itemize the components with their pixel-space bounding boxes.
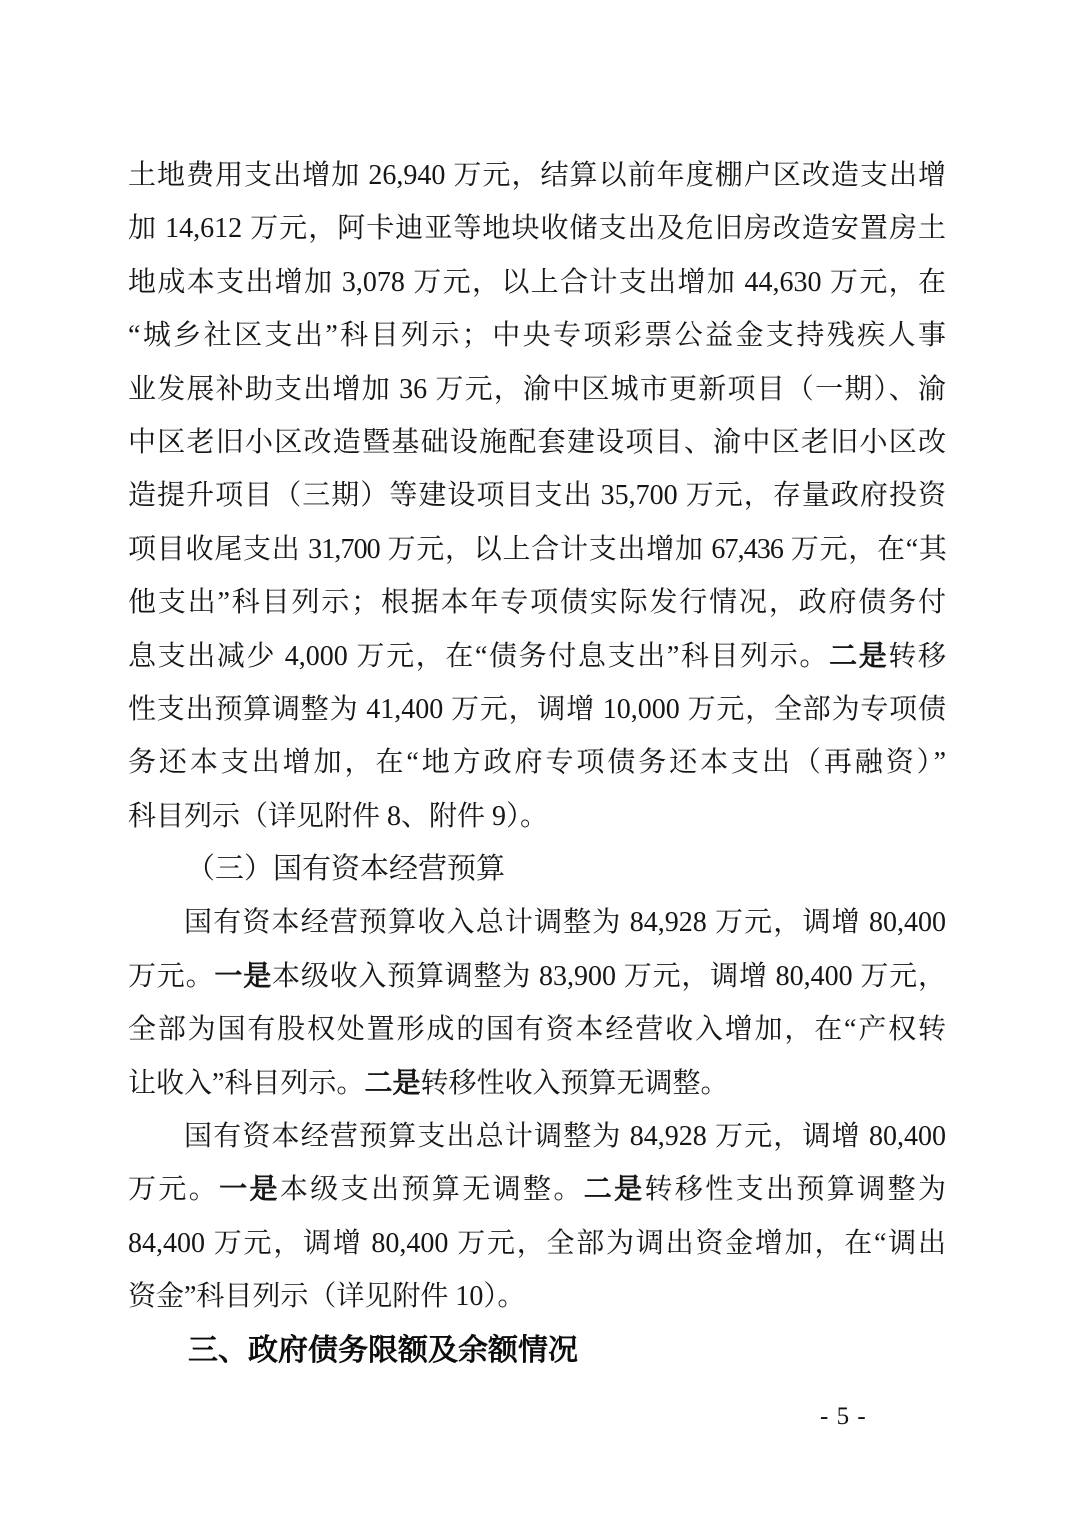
text-segment: 84,400 万元，调增 80,400 万元，全部为调出资金增加，在“调出 xyxy=(128,1228,946,1259)
text-segment: 转移 xyxy=(888,641,946,672)
emphasis-segment: 二是 xyxy=(364,1068,420,1099)
text-line: 国有资本经营预算支出总计调整为 84,928 万元，调增 80,400 xyxy=(128,1110,946,1163)
emphasis-segment: 二是 xyxy=(584,1174,645,1205)
text-segment: 业发展补助支出增加 36 万元，渝中区城市更新项目（一期）、渝 xyxy=(128,374,946,405)
emphasis-segment: 一是 xyxy=(214,961,272,992)
text-segment: 他支出”科目列示；根据本年专项债实际发行情况，政府债务付 xyxy=(128,587,946,618)
text-line: 他支出”科目列示；根据本年专项债实际发行情况，政府债务付 xyxy=(128,576,946,629)
text-segment: 三、政府债务限额及余额情况 xyxy=(188,1334,578,1367)
text-line: 性支出预算调整为 41,400 万元，调增 10,000 万元，全部为专项债 xyxy=(128,683,946,736)
text-line: 84,400 万元，调增 80,400 万元，全部为调出资金增加，在“调出 xyxy=(128,1217,946,1270)
text-segment: 转移性收入预算无调整。 xyxy=(420,1068,728,1099)
text-segment: 本级支出预算无调整。 xyxy=(280,1174,584,1205)
text-line: 科目列示（详见附件 8、附件 9）。 xyxy=(128,790,946,843)
text-line: 国有资本经营预算收入总计调整为 84,928 万元，调增 80,400 xyxy=(128,896,946,949)
text-line: 中区老旧小区改造暨基础设施配套建设项目、渝中区老旧小区改 xyxy=(128,416,946,469)
text-line: 土地费用支出增加 26,940 万元，结算以前年度棚户区改造支出增 xyxy=(128,149,946,202)
text-line: 地成本支出增加 3,078 万元，以上合计支出增加 44,630 万元，在 xyxy=(128,256,946,309)
text-segment: 本级收入预算调整为 83,900 万元，调增 80,400 万元， xyxy=(272,961,946,992)
text-line: 加 14,612 万元，阿卡迪亚等地块收储支出及危旧房改造安置房土 xyxy=(128,202,946,255)
text-segment: 资金”科目列示（详见附件 10）。 xyxy=(128,1281,525,1312)
text-line: “城乡社区支出”科目列示；中央专项彩票公益金支持残疾人事 xyxy=(128,309,946,362)
text-segment: （三）国有资本经营预算 xyxy=(186,853,505,885)
text-line: 万元。一是本级支出预算无调整。二是转移性支出预算调整为 xyxy=(128,1163,946,1216)
text-segment: 项目收尾支出 31,700 万元，以上合计支出增加 67,436 万元，在“其 xyxy=(128,534,946,565)
subsection-heading: （三）国有资本经营预算 xyxy=(128,843,946,896)
text-segment: 性支出预算调整为 41,400 万元，调增 10,000 万元，全部为专项债 xyxy=(128,694,946,725)
text-segment: 转移性支出预算调整为 xyxy=(645,1174,946,1205)
text-segment: 国有资本经营预算收入总计调整为 84,928 万元，调增 80,400 xyxy=(184,907,946,938)
text-segment: 息支出减少 4,000 万元，在“债务付息支出”科目列示。 xyxy=(128,641,829,672)
text-segment: 万元。 xyxy=(128,1174,219,1205)
text-line: 资金”科目列示（详见附件 10）。 xyxy=(128,1270,946,1323)
text-segment: 科目列示（详见附件 8、附件 9）。 xyxy=(128,801,548,832)
text-line: 息支出减少 4,000 万元，在“债务付息支出”科目列示。二是转移 xyxy=(128,630,946,683)
text-line: 造提升项目（三期）等建设项目支出 35,700 万元，存量政府投资 xyxy=(128,469,946,522)
text-segment: 中区老旧小区改造暨基础设施配套建设项目、渝中区老旧小区改 xyxy=(128,427,946,458)
document-body: 土地费用支出增加 26,940 万元，结算以前年度棚户区改造支出增 加 14,6… xyxy=(128,149,946,1377)
emphasis-segment: 二是 xyxy=(829,641,888,672)
text-line: 业发展补助支出增加 36 万元，渝中区城市更新项目（一期）、渝 xyxy=(128,363,946,416)
text-segment: 加 14,612 万元，阿卡迪亚等地块收储支出及危旧房改造安置房土 xyxy=(128,213,946,244)
text-segment: 务还本支出增加，在“地方政府专项债务还本支出（再融资）” xyxy=(128,747,946,778)
text-segment: 地成本支出增加 3,078 万元，以上合计支出增加 44,630 万元，在 xyxy=(128,267,946,298)
emphasis-segment: 一是 xyxy=(219,1174,280,1205)
text-line: 全部为国有股权处置形成的国有资本经营收入增加，在“产权转 xyxy=(128,1003,946,1056)
page-number: - 5 - xyxy=(820,1403,867,1431)
text-segment: 土地费用支出增加 26,940 万元，结算以前年度棚户区改造支出增 xyxy=(128,160,946,191)
document-page: 土地费用支出增加 26,940 万元，结算以前年度棚户区改造支出增 加 14,6… xyxy=(0,0,1074,1520)
text-segment: 全部为国有股权处置形成的国有资本经营收入增加，在“产权转 xyxy=(128,1014,946,1045)
text-line: 务还本支出增加，在“地方政府专项债务还本支出（再融资）” xyxy=(128,736,946,789)
text-segment: 万元。 xyxy=(128,961,214,992)
text-segment: 国有资本经营预算支出总计调整为 84,928 万元，调增 80,400 xyxy=(184,1121,946,1152)
text-line: 让收入”科目列示。二是转移性收入预算无调整。 xyxy=(128,1057,946,1110)
section-heading: 三、政府债务限额及余额情况 xyxy=(128,1324,946,1377)
text-segment: 造提升项目（三期）等建设项目支出 35,700 万元，存量政府投资 xyxy=(128,480,946,511)
text-line: 项目收尾支出 31,700 万元，以上合计支出增加 67,436 万元，在“其 xyxy=(128,523,946,576)
text-line: 万元。一是本级收入预算调整为 83,900 万元，调增 80,400 万元， xyxy=(128,950,946,1003)
text-segment: 让收入”科目列示。 xyxy=(128,1068,364,1099)
text-segment: “城乡社区支出”科目列示；中央专项彩票公益金支持残疾人事 xyxy=(128,320,946,351)
